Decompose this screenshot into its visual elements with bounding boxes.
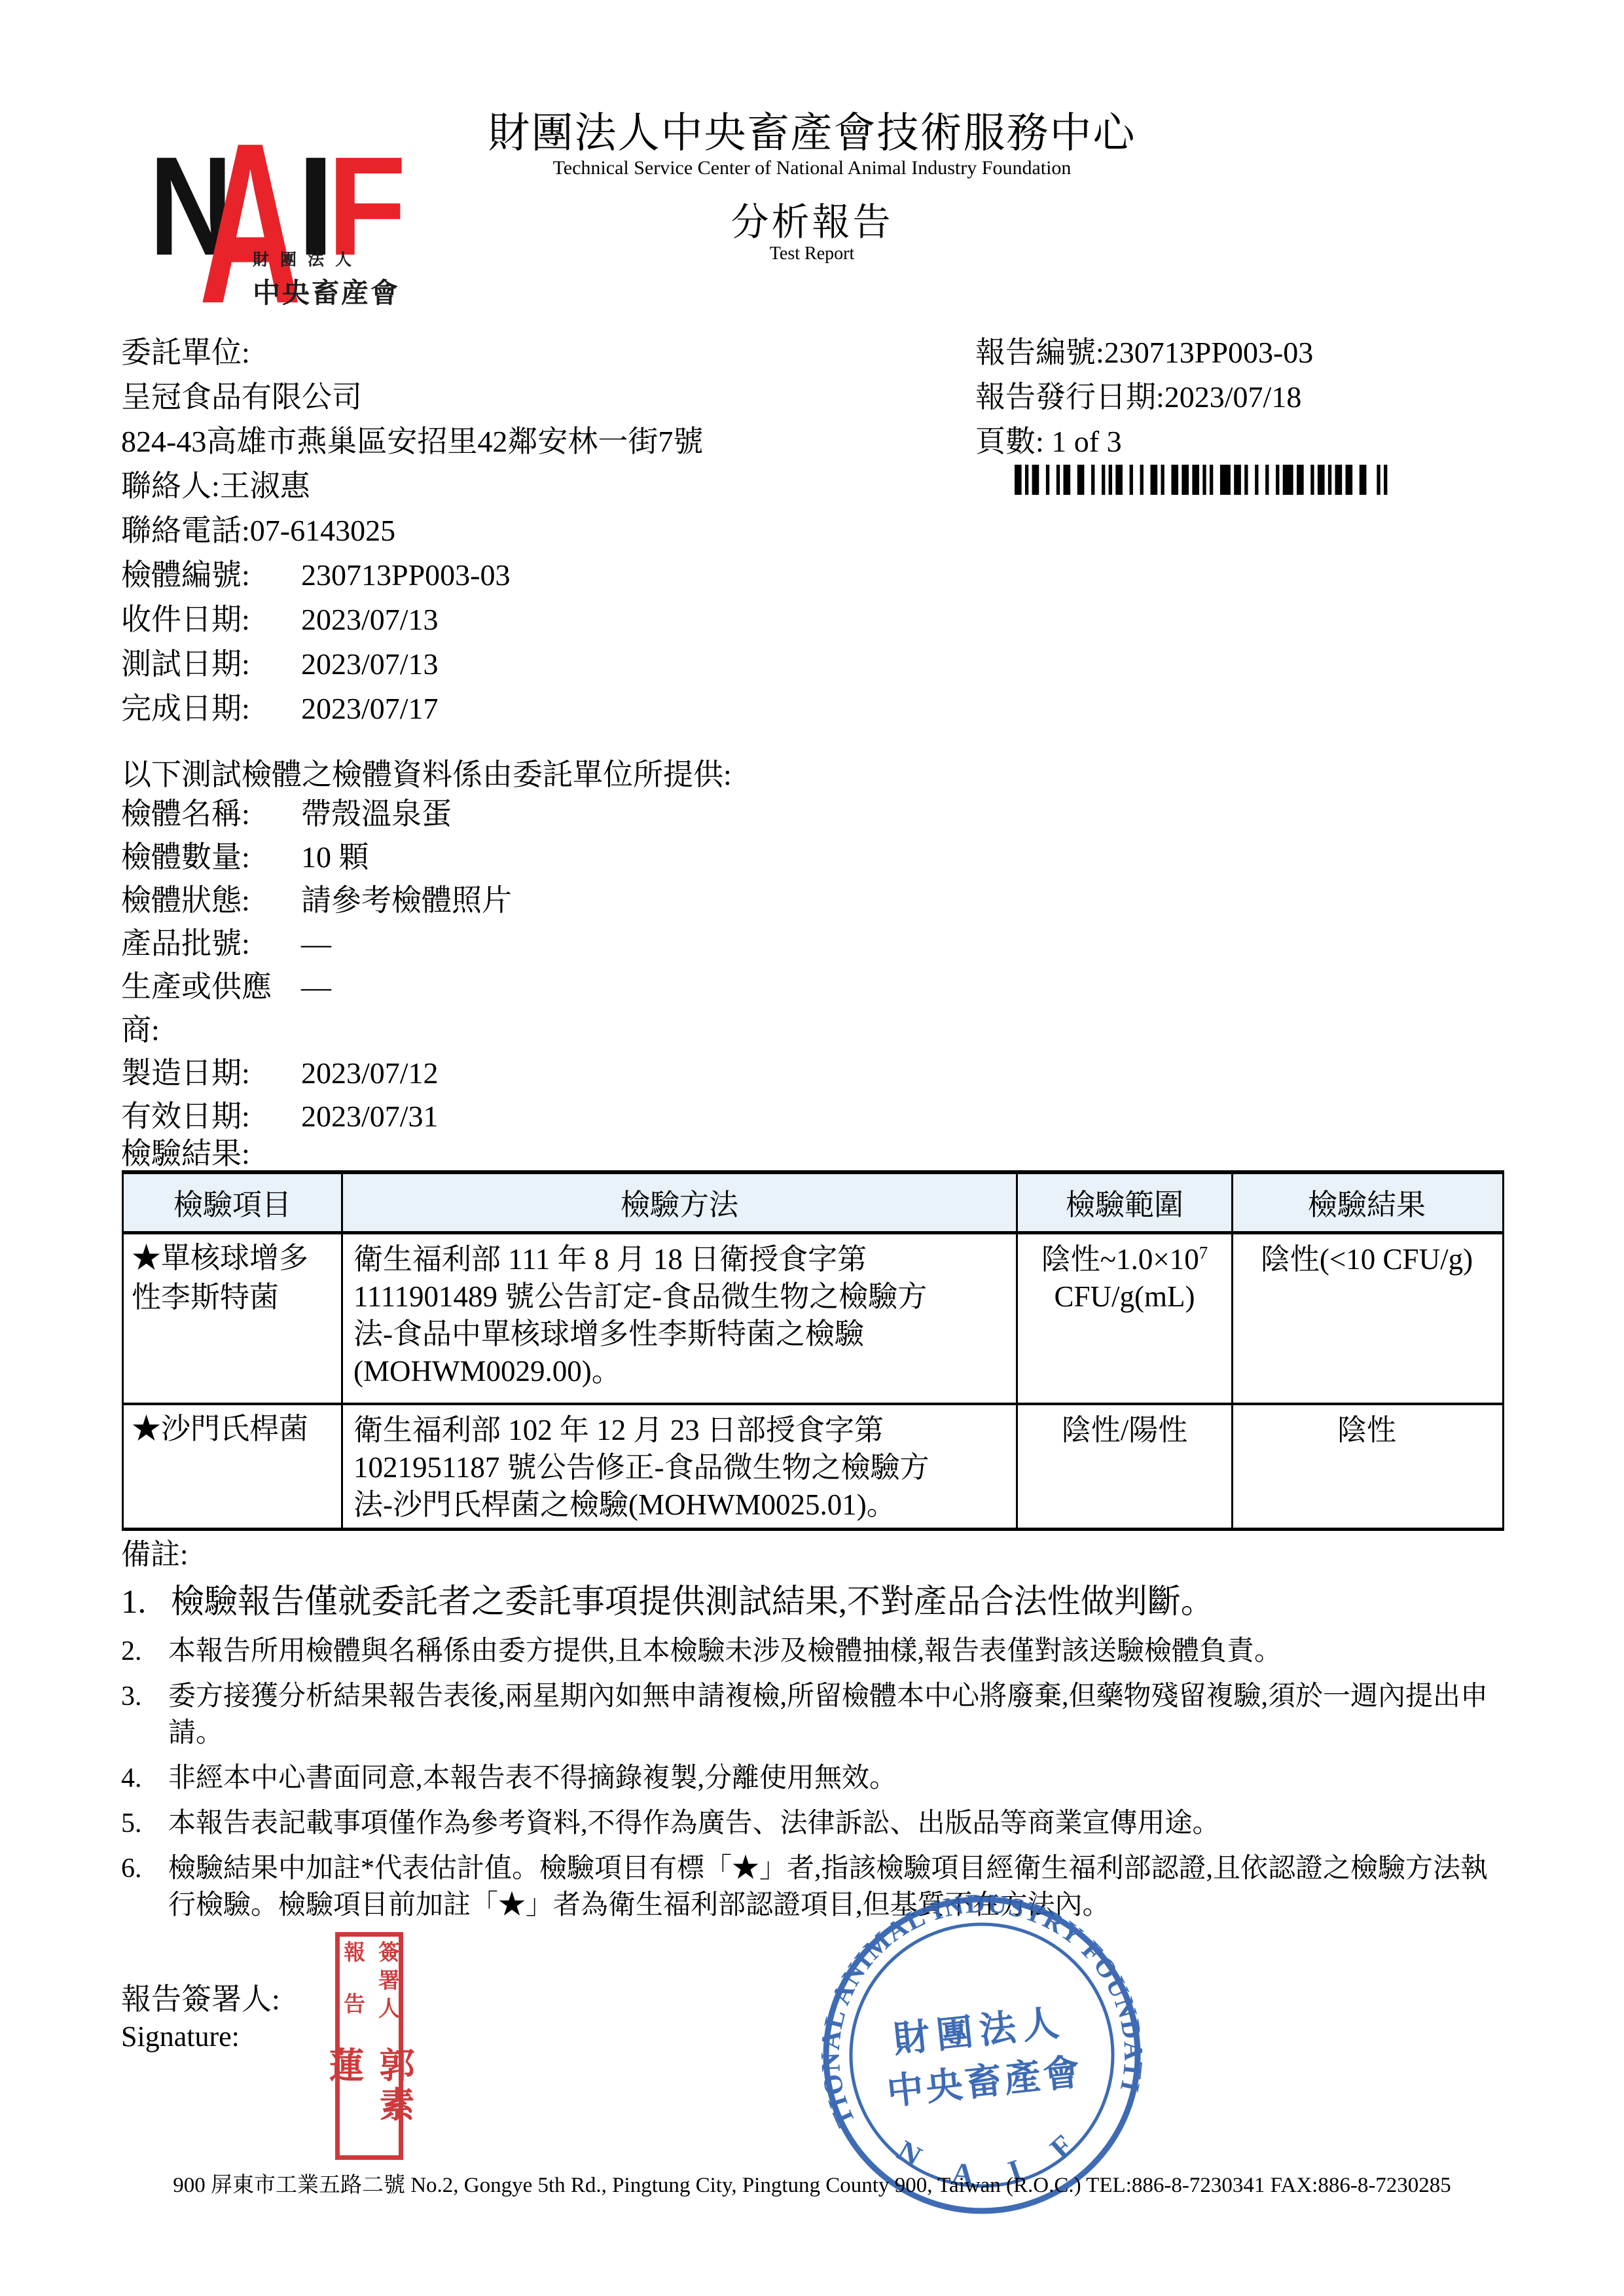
received-date-label: 收件日期:	[121, 598, 301, 642]
sample-no-value: 230713PP003-03	[301, 553, 510, 598]
mfg-date-value: 2023/07/12	[301, 1052, 439, 1095]
method-listeria: 衛生福利部 111 年 8 月 18 日衛授食字第 1111901489 號公告…	[343, 1234, 1018, 1403]
signer-label-en: Signature:	[121, 2020, 240, 2053]
stamp-col-signer: 簽署人	[376, 1941, 397, 2044]
test-report-page: N A I F 財團法人 中央畜産會 財團法人中央畜產會技術服務中心 Techn…	[0, 0, 1624, 2296]
note-3: 3. 委方接獲分析結果報告表後,兩星期內如無申請複檢,所留檢體本中心將廢棄,但藥…	[121, 1678, 1509, 1751]
note-1: 1. 檢驗報告僅就委託者之委託事項提供測試結果,不對產品合法性做判斷。	[121, 1582, 1509, 1623]
signer-red-stamp: 報告 簽署人 郭素蓮	[335, 1932, 403, 2160]
logo-subtitle-line1: 財團法人	[253, 247, 400, 270]
note-6: 6. 檢驗結果中加註*代表估計值。檢驗項目有標「★」者,指該檢驗項目經衛生福利部…	[121, 1850, 1509, 1924]
table-row-salmonella: ★沙門氏桿菌 衛生福利部 102 年 12 月 23 日部授食字第 102195…	[124, 1405, 1502, 1528]
complete-date-label: 完成日期:	[121, 687, 301, 731]
test-date-label: 測試日期:	[121, 642, 301, 687]
range-salmonella: 陰性/陽性	[1018, 1405, 1233, 1528]
item-listeria: ★單核球增多性李斯特菌	[124, 1234, 343, 1403]
results-table-header: 檢驗項目 檢驗方法 檢驗範圍 檢驗結果	[124, 1174, 1502, 1234]
notes-label: 備註:	[121, 1530, 1509, 1573]
sample-no-label: 檢體編號:	[121, 553, 301, 598]
stamp-signer-name: 郭素蓮	[319, 2047, 420, 2151]
issue-date-row: 報告發行日期:2023/07/18	[975, 375, 1538, 420]
sample-state-label: 檢體狀態:	[121, 879, 301, 922]
provided-by-note: 以下測試檢體之檢體資料係由委託單位所提供:	[121, 751, 732, 794]
supplier-label: 生產或供應商:	[121, 965, 301, 1052]
client-address: 824-43高雄市燕巢區安招里42鄰安林一街7號	[121, 420, 972, 464]
col-header-item: 檢驗項目	[124, 1174, 343, 1231]
notes-section: 備註: 1. 檢驗報告僅就委託者之委託事項提供測試結果,不對產品合法性做判斷。 …	[121, 1530, 1509, 1932]
report-no-row: 報告編號:230713PP003-03	[975, 331, 1538, 375]
complete-date-value: 2023/07/17	[301, 687, 439, 731]
pages-label: 頁數:	[975, 420, 1044, 464]
client-phone: 聯絡電話:07-6143025	[121, 509, 972, 553]
results-table: 檢驗項目 檢驗方法 檢驗範圍 檢驗結果 ★單核球增多性李斯特菌 衛生福利部 11…	[122, 1170, 1504, 1531]
col-header-result: 檢驗結果	[1233, 1174, 1500, 1231]
table-row-listeria: ★單核球增多性李斯特菌 衛生福利部 111 年 8 月 18 日衛授食字第 11…	[124, 1234, 1502, 1405]
report-no-label: 報告編號:	[975, 331, 1104, 375]
received-date-row: 收件日期: 2023/07/13	[121, 598, 972, 642]
issue-date-label: 報告發行日期:	[975, 375, 1164, 420]
logo-subtitle: 財團法人 中央畜産會	[253, 247, 400, 311]
range-listeria: 陰性~1.0×107 CFU/g(mL)	[1018, 1234, 1233, 1403]
result-salmonella: 陰性	[1233, 1405, 1500, 1528]
client-name: 呈冠食品有限公司	[121, 375, 972, 420]
client-info-block: 委託單位: 呈冠食品有限公司 824-43高雄市燕巢區安招里42鄰安林一街7號 …	[121, 331, 972, 731]
results-section-label: 檢驗結果:	[121, 1130, 250, 1173]
received-date-value: 2023/07/13	[301, 598, 439, 642]
sample-no-row: 檢體編號: 230713PP003-03	[121, 553, 972, 598]
report-meta-block: 報告編號:230713PP003-03 報告發行日期:2023/07/18 頁數…	[975, 331, 1538, 464]
stamp-col-report: 報告	[341, 1941, 363, 2044]
seal-center-line1: 財團法人	[892, 2003, 1068, 2061]
sample-state-value: 請參考檢體照片	[301, 879, 512, 922]
sample-name-label: 檢體名稱:	[121, 793, 301, 836]
logo-subtitle-line2: 中央畜産會	[253, 272, 400, 311]
issue-date-value: 2023/07/18	[1164, 375, 1302, 420]
seal-center-line2: 中央畜產會	[885, 2052, 1085, 2113]
col-header-range: 檢驗範圍	[1018, 1174, 1233, 1231]
exp-date-value: 2023/07/31	[301, 1095, 439, 1138]
method-salmonella: 衛生福利部 102 年 12 月 23 日部授食字第 1021951187 號公…	[343, 1405, 1018, 1528]
sample-qty-label: 檢體數量:	[121, 836, 301, 879]
report-barcode	[1015, 465, 1394, 495]
pages-row: 頁數: 1 of 3	[975, 420, 1538, 464]
col-header-method: 檢驗方法	[343, 1174, 1018, 1231]
supplier-value: —	[301, 965, 331, 1052]
mfg-date-label: 製造日期:	[121, 1052, 301, 1095]
note-2: 2. 本報告所用檢體與名稱係由委方提供,且本檢驗未涉及檢體抽樣,報告表僅對該送驗…	[121, 1633, 1509, 1670]
pages-value: 1 of 3	[1044, 420, 1122, 464]
report-no-value: 230713PP003-03	[1104, 331, 1313, 375]
sample-name-value: 帶殼溫泉蛋	[301, 793, 452, 836]
batch-no-label: 產品批號:	[121, 922, 301, 965]
note-5: 5. 本報告表記載事項僅作為參考資料,不得作為廣告、法律訴訟、出版品等商業宣傳用…	[121, 1805, 1509, 1842]
test-date-row: 測試日期: 2023/07/13	[121, 642, 972, 687]
sample-qty-value: 10 顆	[301, 836, 369, 879]
test-date-value: 2023/07/13	[301, 642, 439, 687]
batch-no-value: —	[301, 922, 331, 965]
sample-info-block: 檢體名稱:帶殼溫泉蛋 檢體數量:10 顆 檢體狀態:請參考檢體照片 產品批號:—…	[121, 793, 972, 1138]
item-salmonella: ★沙門氏桿菌	[124, 1405, 343, 1528]
client-contact: 聯絡人:王淑惠	[121, 464, 972, 509]
complete-date-row: 完成日期: 2023/07/17	[121, 687, 972, 731]
signer-label-zh: 報告簽署人:	[121, 1975, 280, 2018]
result-listeria: 陰性(<10 CFU/g)	[1233, 1234, 1500, 1403]
note-4: 4. 非經本中心書面同意,本報告表不得摘錄複製,分離使用無效。	[121, 1760, 1509, 1797]
footer-address: 900 屏東市工業五路二號 No.2, Gongye 5th Rd., Ping…	[0, 2168, 1624, 2198]
